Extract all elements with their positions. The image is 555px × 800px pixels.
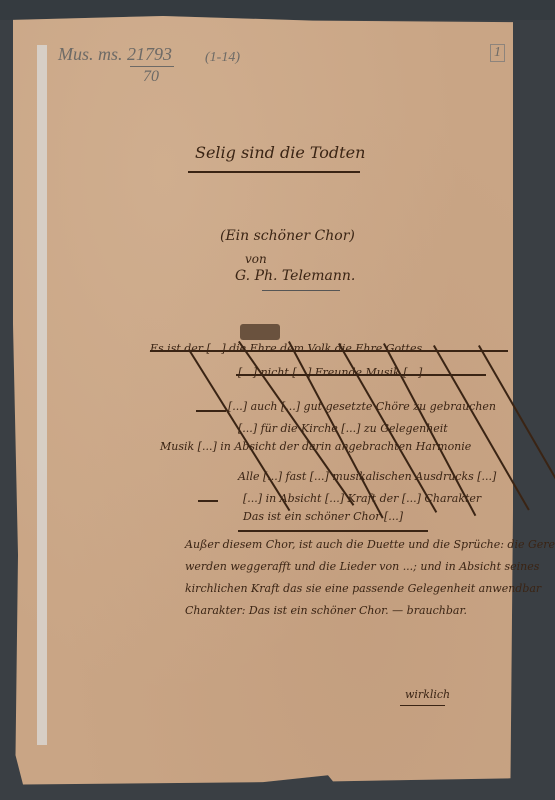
signature-note: wirklich xyxy=(405,688,450,701)
notes-line: werden weggerafft und die Lieder von ...… xyxy=(185,556,555,578)
notes-line: kirchlichen Kraft das sie eine passende … xyxy=(185,578,555,600)
signature-underline xyxy=(400,705,445,706)
strikethrough-line xyxy=(238,530,428,532)
strikethrough-line xyxy=(196,410,226,412)
subtitle: (Ein schöner Chor) xyxy=(220,228,355,244)
cancelled-line: [...] auch [...] gut gesetzte Chöre zu g… xyxy=(228,400,496,413)
composer: G. Ph. Telemann. xyxy=(235,268,355,284)
title: Selig sind die Todten xyxy=(195,143,365,162)
notes-line: Außer diesem Chor, ist auch die Duette u… xyxy=(185,534,555,556)
cancelled-text-block: Es ist der [...] die Ehre dem Volk die E… xyxy=(148,330,533,530)
composer-underline xyxy=(262,290,340,291)
by-label: von xyxy=(245,252,267,266)
notes-paragraph: Außer diesem Chor, ist auch die Duette u… xyxy=(185,534,555,622)
strikethrough-line xyxy=(198,500,218,502)
page-number: 1 xyxy=(490,44,505,62)
foliation-note: (1-14) xyxy=(205,50,240,66)
strikethrough-line xyxy=(150,350,508,352)
shelfmark-denominator: 70 xyxy=(143,68,159,86)
shelfmark-fraction-line xyxy=(130,66,174,67)
title-underline xyxy=(188,171,360,173)
cancelled-line: [...] für die Kirche [...] zu Gelegenhei… xyxy=(238,422,448,435)
notes-line: Charakter: Das ist ein schöner Chor. — b… xyxy=(185,600,555,622)
scan-backdrop xyxy=(0,0,555,20)
shelfmark: Mus. ms. 21793 xyxy=(58,44,172,65)
binding-tape-strip xyxy=(37,45,47,745)
